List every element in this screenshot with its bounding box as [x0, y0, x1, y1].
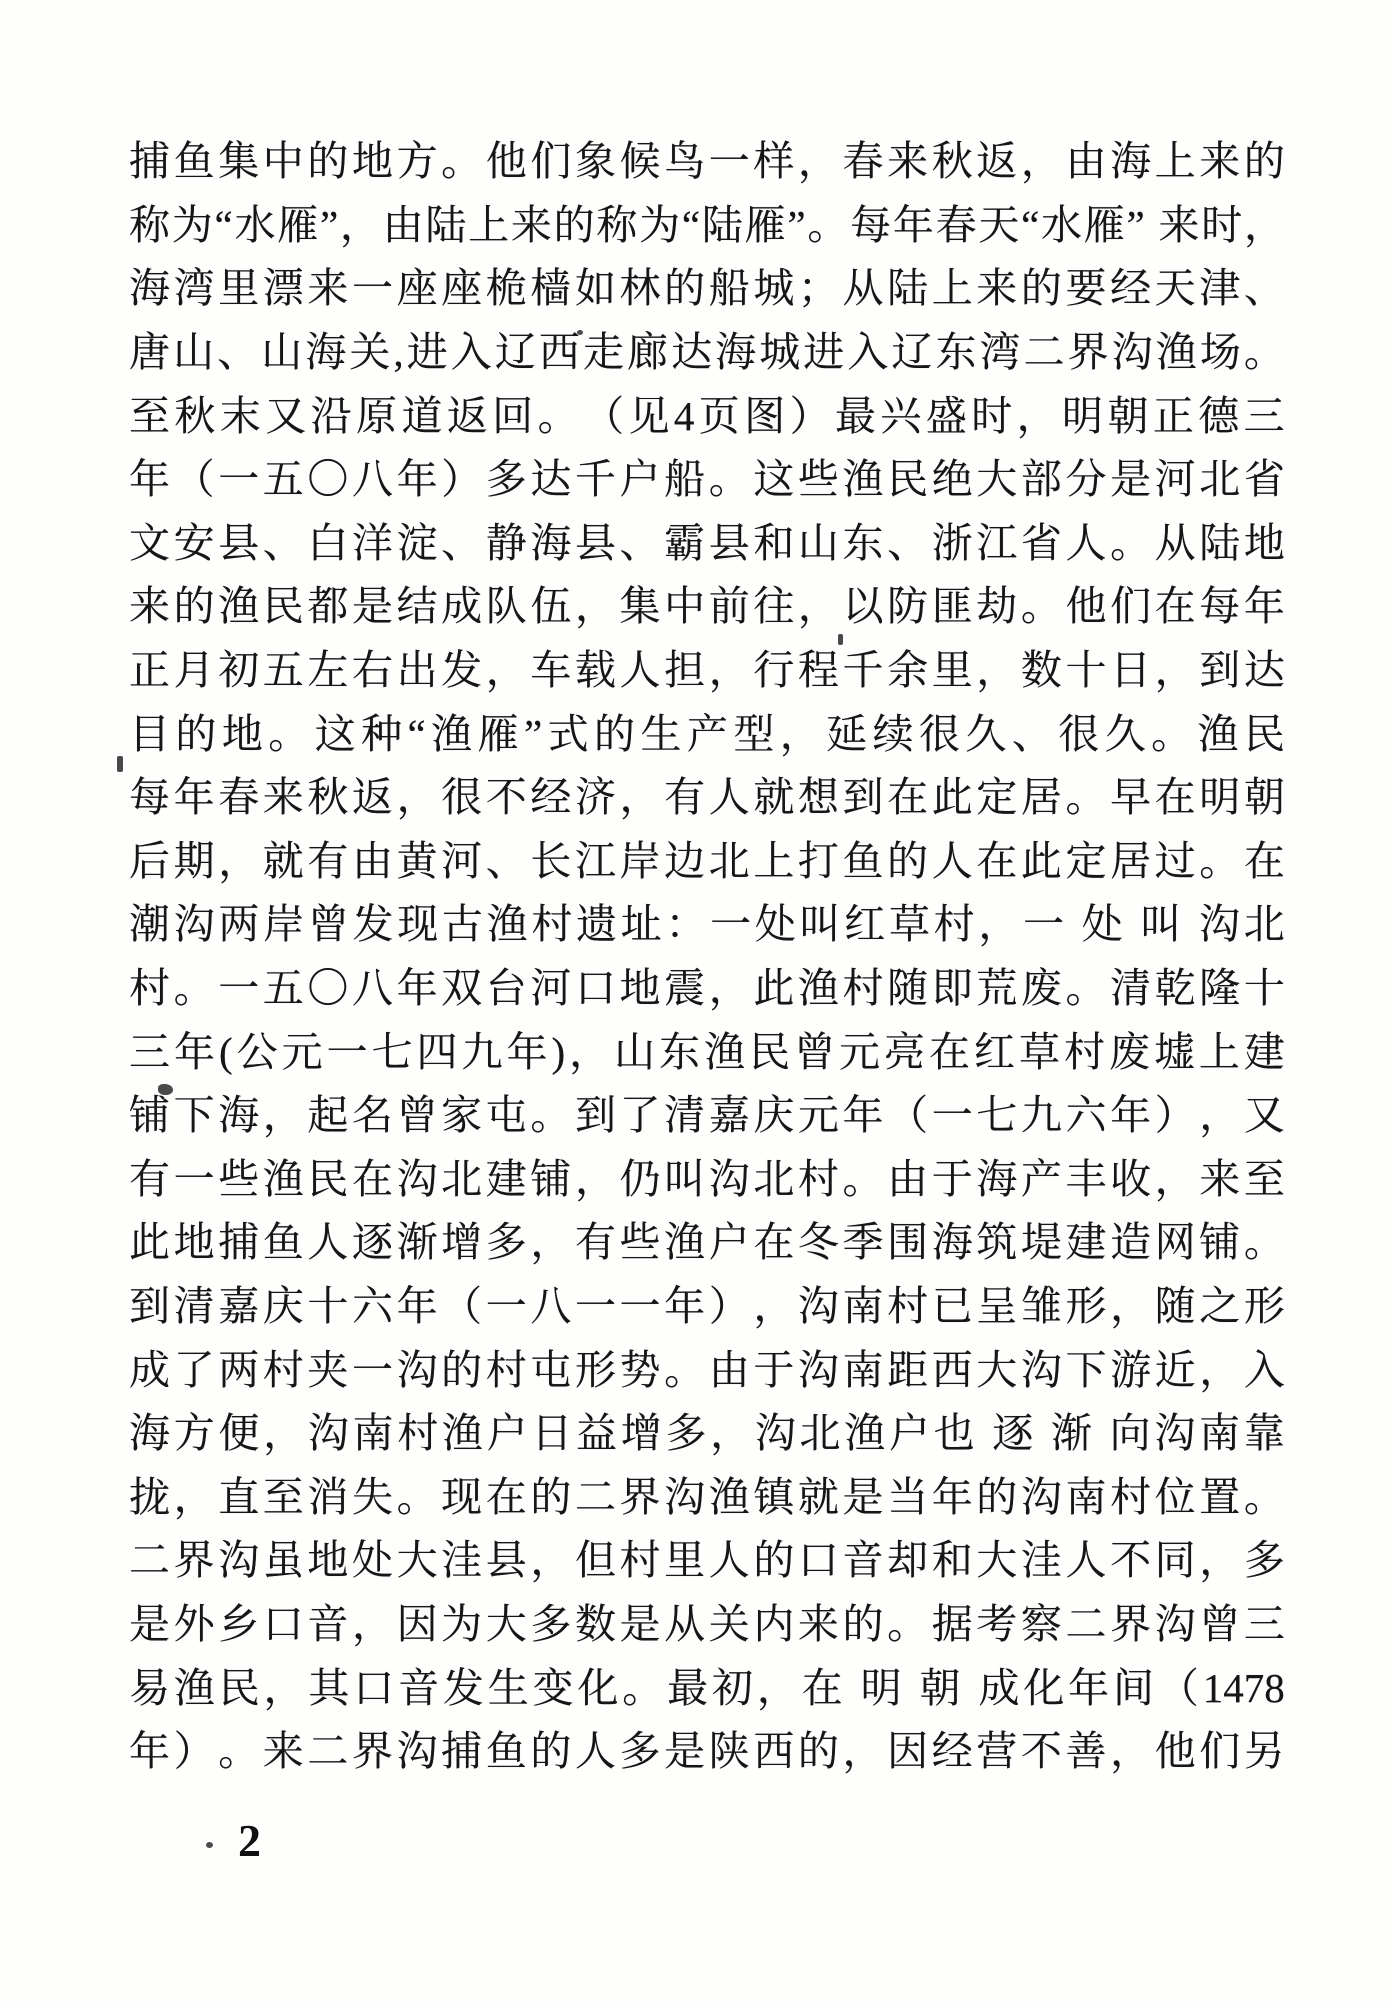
page-number: 2 — [238, 1814, 261, 1867]
text-line: 正月初五左右出发，车载人担，行程千余里，数十日，到达 — [129, 639, 1285, 703]
text-line: 潮沟两岸曾发现古渔村遗址：一处叫红草村，一 处 叫 沟北 — [129, 893, 1285, 957]
ink-speck — [206, 1842, 213, 1848]
text-line: 铺下海，起名曾家屯。到了清嘉庆元年（一七九六年），又 — [129, 1084, 1285, 1148]
scanned-page: 捕鱼集中的地方。他们象候鸟一样，春来秋返，由海上来的 称为“水雁”，由陆上来的称… — [0, 0, 1393, 2004]
text-line: 年（一五〇八年）多达千户船。这些渔民绝大部分是河北省 — [129, 448, 1285, 512]
text-line: 至秋末又沿原道返回。（见4页图）最兴盛时，明朝正德三 — [129, 384, 1285, 448]
ink-speck — [117, 756, 123, 772]
text-line: 有一些渔民在沟北建铺，仍叫沟北村。由于海产丰收，来至 — [129, 1148, 1285, 1212]
text-line: 拢，直至消失。现在的二界沟渔镇就是当年的沟南村位置。 — [129, 1465, 1285, 1529]
text-line: 后期，就有由黄河、长江岸边北上打鱼的人在此定居过。在 — [129, 830, 1285, 894]
text-line: 是外乡口音，因为大多数是从关内来的。据考察二界沟曾三 — [129, 1593, 1285, 1657]
text-line: 唐山、山海关,进入辽西走廊达海城进入辽东湾二界沟渔场。 — [129, 321, 1285, 385]
text-line: 易渔民，其口音发生变化。最初，在 明 朝 成化年间（1478 — [129, 1656, 1285, 1720]
text-line: 目的地。这种“渔雁”式的生产型，延续很久、很久。渔民 — [129, 702, 1285, 766]
text-line: 每年春来秋返，很不经济，有人就想到在此定居。早在明朝 — [129, 766, 1285, 830]
text-line: 三年(公元一七四九年)，山东渔民曾元亮在红草村废墟上建 — [129, 1020, 1285, 1084]
ink-speck — [577, 330, 583, 335]
ink-speck — [838, 634, 843, 645]
text-line: 二界沟虽地处大洼县，但村里人的口音却和大洼人不同，多 — [129, 1529, 1285, 1593]
page-text: 捕鱼集中的地方。他们象候鸟一样，春来秋返，由海上来的 称为“水雁”，由陆上来的称… — [129, 130, 1285, 1783]
ink-speck — [158, 1084, 173, 1095]
text-line: 文安县、白洋淀、静海县、霸县和山东、浙江省人。从陆地 — [129, 512, 1285, 576]
text-line: 此地捕鱼人逐渐增多，有些渔户在冬季围海筑堤建造网铺。 — [129, 1211, 1285, 1275]
text-line: 捕鱼集中的地方。他们象候鸟一样，春来秋返，由海上来的 — [129, 130, 1285, 194]
text-line: 海方便，沟南村渔户日益增多，沟北渔户也 逐 渐 向沟南靠 — [129, 1402, 1285, 1466]
text-line: 来的渔民都是结成队伍，集中前往，以防匪劫。他们在每年 — [129, 575, 1285, 639]
text-line: 到清嘉庆十六年（一八一一年），沟南村已呈雏形，随之形 — [129, 1275, 1285, 1339]
text-line: 海湾里漂来一座座桅樯如林的船城；从陆上来的要经天津、 — [129, 257, 1285, 321]
text-line: 成了两村夹一沟的村屯形势。由于沟南距西大沟下游近，入 — [129, 1338, 1285, 1402]
text-line: 村。一五〇八年双台河口地震，此渔村随即荒废。清乾隆十 — [129, 957, 1285, 1021]
text-line: 称为“水雁”，由陆上来的称为“陆雁”。每年春天“水雁” 来时， — [129, 194, 1285, 258]
text-line: 年）。来二界沟捕鱼的人多是陕西的，因经营不善，他们另 — [129, 1720, 1285, 1784]
